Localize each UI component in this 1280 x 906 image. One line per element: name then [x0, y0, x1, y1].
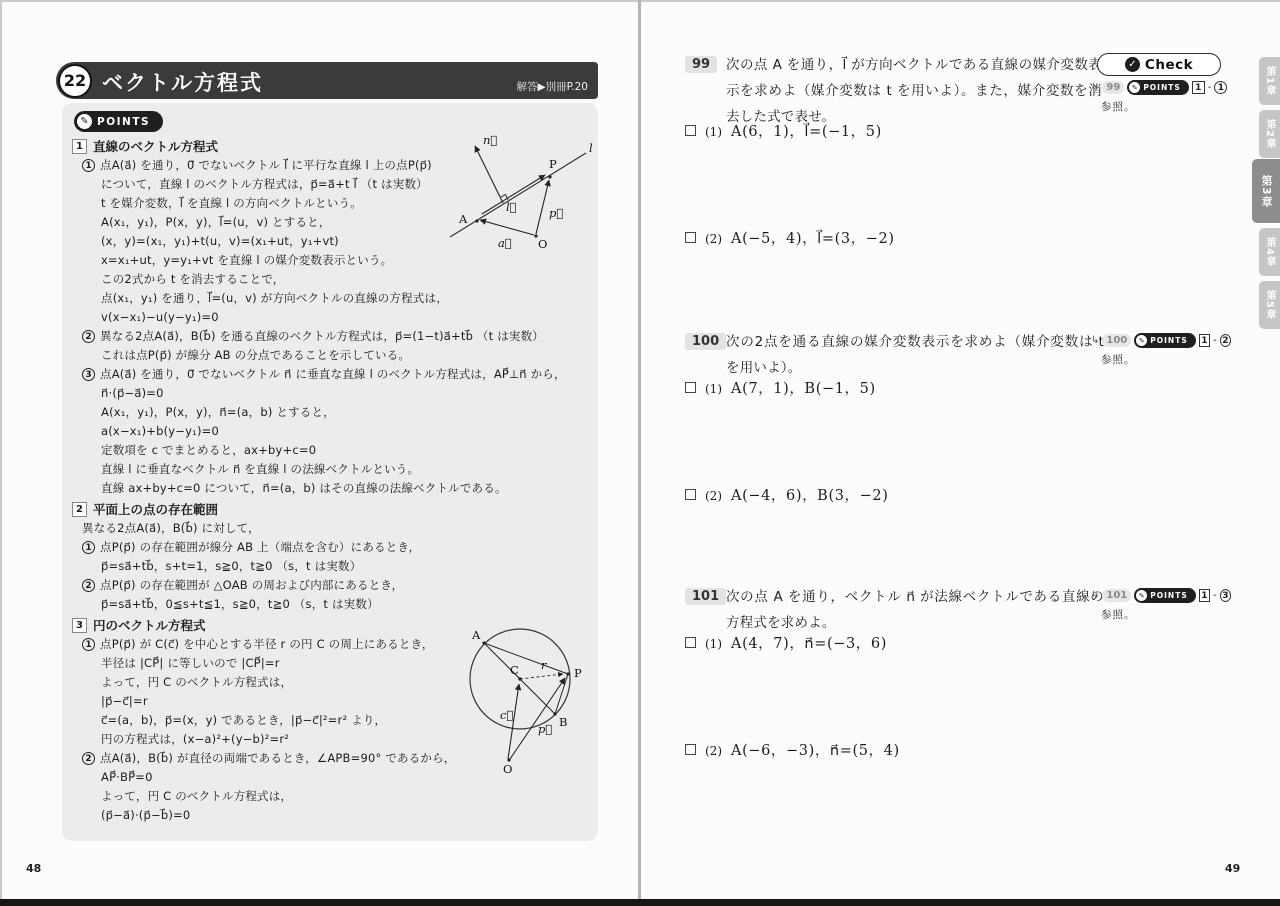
problem-part: (1) A(4，7)，n⃗=(−3，6) — [685, 632, 887, 653]
ref-suffix: 参照。 — [1101, 607, 1231, 622]
section-index-box: 3 — [72, 618, 87, 633]
line-text: この2式から t を消去することで， — [101, 270, 285, 289]
points-line: p⃗=sa⃗+tb⃗，s+t=1，s≧0，t≧0 （s，t は実数） — [62, 557, 598, 576]
section-header-bar: 22 ベクトル方程式 解答▶別冊P.20 — [56, 62, 598, 99]
answer-reference: 解答▶別冊P.20 — [517, 79, 588, 94]
part-label: (2) — [705, 489, 722, 503]
line-text: 円の方程式は，(x−a)²+(y−b)²=r² — [101, 730, 289, 749]
reference-note: ↳ 99 ✎ POINTS 1 - 1 参照。 — [1091, 80, 1231, 114]
points-mini-label: POINTS — [1150, 336, 1187, 345]
line-text: 点P(p⃗) が C(c⃗) を中心とする半径 r の円 C の周上にあるとき， — [100, 635, 434, 654]
line-text: 点(x₁，y₁) を通り，l⃗=(u，v) が方向ベクトルの直線の方程式は， — [101, 289, 448, 308]
ref-item-circle: 1 — [1214, 81, 1227, 94]
line-text: よって，円 C のベクトル方程式は， — [101, 787, 292, 806]
line-text: 点A(a⃗) を通り，0⃗ でないベクトル n⃗ に垂直な直線 l のベクトル方… — [100, 365, 566, 384]
part-label: (1) — [705, 382, 722, 396]
line-text: AP⃗·BP⃗=0 — [101, 768, 153, 787]
line-vector-diagram: n⃗ l P A l⃗ p⃗ a⃗ O — [446, 131, 596, 251]
line-text: A(x₁，y₁)，P(x，y)，l⃗=(u，v) とすると， — [101, 213, 331, 232]
diagram-label-P: P — [574, 666, 582, 680]
points-line: 直線 ax+by+c=0 について，n⃗=(a，b) はその直線の法線ベクトルで… — [62, 479, 598, 498]
ref-problem-number: 101 — [1102, 589, 1131, 602]
page-bottom-edge — [0, 899, 1280, 906]
circled-number: 1 — [82, 159, 95, 172]
line-text: |p⃗−c⃗|=r — [101, 692, 148, 711]
check-button: ✓ Check — [1097, 53, 1221, 76]
points-mini-label: POINTS — [1143, 83, 1180, 92]
chapter-tab-2: 第2章 — [1259, 110, 1280, 158]
part-text: A(−6，−3)，n⃗=(5，4) — [731, 739, 900, 760]
section-index-box: 1 — [72, 139, 87, 154]
points-line: 異なる2点A(a⃗)，B(b⃗) に対して， — [62, 519, 598, 538]
circled-number: 1 — [82, 638, 95, 651]
diagram-label-r: r — [541, 658, 548, 672]
ref-arrow-icon: ↳ — [1091, 590, 1099, 601]
answer-checkbox — [685, 382, 696, 393]
line-text: 直線 l に垂直なベクトル n⃗ を直線 l の法線ベクトルという。 — [101, 460, 419, 479]
ref-problem-number: 100 — [1102, 334, 1131, 347]
ref-item-circle: 2 — [1220, 334, 1231, 347]
reference-note: ↳ 100 ✎ POINTS 1 - 2 参照。 — [1091, 333, 1231, 367]
chapter-tab-1: 第1章 — [1259, 57, 1280, 105]
line-text: について，直線 l のベクトル方程式は，p⃗=a⃗+t l⃗ （t は実数） — [101, 175, 428, 194]
points-lines: 異なる2点A(a⃗)，B(b⃗) に対して，1点P(p⃗) の存在範囲が線分 A… — [62, 519, 598, 614]
points-badge-label: POINTS — [97, 116, 150, 128]
line-text: v(x−x₁)−u(y−y₁)=0 — [101, 308, 219, 327]
line-text: p⃗=sa⃗+tb⃗，0≦s+t≦1，s≧0，t≧0 （s，t は実数） — [101, 595, 379, 614]
diagram-label-O: O — [503, 762, 512, 776]
line-text: 点P(p⃗) の存在範囲が線分 AB 上（端点を含む）にあるとき， — [100, 538, 420, 557]
problem-number-badge: 99 — [685, 56, 717, 73]
ref-arrow-icon: ↳ — [1091, 335, 1099, 346]
diagram-label-l: l — [589, 141, 593, 155]
left-page-content: 22 ベクトル方程式 解答▶別冊P.20 ✎ POINTS 1 直線のベクトル方… — [2, 2, 638, 899]
problem-part: (2) A(−4，6)，B(3，−2) — [685, 484, 888, 505]
part-text: A(4，7)，n⃗=(−3，6) — [731, 632, 887, 653]
diagram-label-n: n⃗ — [483, 133, 497, 147]
line-text: 直線 ax+by+c=0 について，n⃗=(a，b) はその直線の法線ベクトルで… — [101, 479, 507, 498]
ref-problem-number: 99 — [1102, 81, 1124, 94]
line-text: A(x₁，y₁)，P(x，y)，n⃗=(a，b) とすると， — [101, 403, 335, 422]
line-text: a(x−x₁)+b(y−y₁)=0 — [101, 422, 219, 441]
line-text: 半径は |CP⃗| に等しいので |CP⃗|=r — [101, 654, 280, 673]
ref-arrow-icon: ↳ — [1091, 82, 1099, 93]
chapter-tab-3: 第3章 — [1252, 159, 1280, 223]
points-line: p⃗=sa⃗+tb⃗，0≦s+t≦1，s≧0，t≧0 （s，t は実数） — [62, 595, 598, 614]
problem-statement: 次の点 A を通り，l⃗ が方向ベクトルである直線の媒介変数表示を求めよ（媒介変… — [726, 52, 1102, 130]
points-line: x=x₁+ut，y=y₁+vt を直線 l の媒介変数表示という。 — [62, 251, 598, 270]
part-label: (2) — [705, 232, 722, 246]
part-label: (2) — [705, 744, 722, 758]
pencil-icon: ✎ — [1129, 82, 1140, 93]
line-text: c⃗=(a，b)，p⃗=(x，y) であるとき，|p⃗−c⃗|²=r² より， — [101, 711, 386, 730]
points-line: これは点P(p⃗) が線分 AB の分点であることを示している。 — [62, 346, 598, 365]
section-title-text: 直線のベクトル方程式 — [93, 138, 218, 155]
check-icon: ✓ — [1125, 57, 1140, 72]
problem-number-badge: 100 — [685, 333, 726, 350]
answer-checkbox — [685, 232, 696, 243]
points-mini-badge: ✎ POINTS — [1134, 333, 1195, 348]
line-text: (p⃗−a⃗)·(p⃗−b⃗)=0 — [101, 806, 190, 825]
reference-row: ↳ 101 ✎ POINTS 1 - 3 — [1091, 588, 1231, 603]
line-text: t を媒介変数，l⃗ を直線 l の方向ベクトルという。 — [101, 194, 362, 213]
circled-number: 1 — [82, 541, 95, 554]
line-text: x=x₁+ut，y=y₁+vt を直線 l の媒介変数表示という。 — [101, 251, 392, 270]
problem-part: (2) A(−5，4)，l⃗=(3，−2) — [685, 227, 895, 248]
diagram-label-p: p⃗ — [549, 206, 563, 220]
ref-dash: - — [1208, 82, 1212, 93]
ref-section-box: 1 — [1192, 81, 1205, 94]
points-section-title: 2 平面上の点の存在範囲 — [72, 501, 598, 518]
points-line: この2式から t を消去することで， — [62, 270, 598, 289]
problem-part: (1) A(7，1)，B(−1，5) — [685, 377, 876, 398]
ref-section-box: 1 — [1199, 589, 1210, 602]
line-text: これは点P(p⃗) が線分 AB の分点であることを示している。 — [101, 346, 410, 365]
answer-checkbox — [685, 489, 696, 500]
section-number-badge: 22 — [58, 64, 92, 98]
points-line: 直線 l に垂直なベクトル n⃗ を直線 l の法線ベクトルという。 — [62, 460, 598, 479]
ref-suffix: 参照。 — [1101, 99, 1231, 114]
points-line: 定数項を c でまとめると，ax+by+c=0 — [62, 441, 598, 460]
points-line: よって，円 C のベクトル方程式は， — [62, 787, 598, 806]
ref-dash: - — [1213, 590, 1217, 601]
circle-vector-diagram: A C r P B c⃗ p⃗ O — [448, 613, 598, 781]
line-text: (x，y)=(x₁，y₁)+t(u，v)=(x₁+ut，y₁+vt) — [101, 232, 339, 251]
ref-section-box: 1 — [1199, 334, 1210, 347]
check-button-label: Check — [1145, 57, 1193, 73]
diagram-label-P: P — [549, 157, 557, 171]
line-text: 点P(p⃗) の存在範囲が △OAB の周および内部にあるとき， — [100, 576, 403, 595]
line-text: よって，円 C のベクトル方程式は， — [101, 673, 292, 692]
answer-checkbox — [685, 637, 696, 648]
diagram-label-a: a⃗ — [498, 236, 512, 250]
page-number-right: 49 — [1225, 862, 1240, 875]
points-badge: ✎ POINTS — [74, 111, 163, 132]
points-box: ✎ POINTS 1 直線のベクトル方程式 1点A(a⃗) を通り，0⃗ でない… — [62, 103, 598, 841]
line-text: 異なる2点A(a⃗)，B(b⃗) を通る直線のベクトル方程式は，p⃗=(1−t)… — [100, 327, 544, 346]
part-label: (1) — [705, 125, 722, 139]
points-line: v(x−x₁)−u(y−y₁)=0 — [62, 308, 598, 327]
diagram-label-A: A — [471, 628, 481, 642]
section-number: 22 — [64, 71, 86, 90]
problem-statement: 次の2点を通る直線の媒介変数表示を求めよ（媒介変数は t を用いよ）。 — [726, 329, 1104, 381]
ref-item-circle: 3 — [1220, 589, 1231, 602]
part-text: A(−4，6)，B(3，−2) — [731, 484, 888, 505]
diagram-label-A: A — [458, 212, 468, 226]
section-title-text: 円のベクトル方程式 — [93, 617, 206, 634]
points-line: n⃗·(p⃗−a⃗)=0 — [62, 384, 598, 403]
line-text: 点A(a⃗) を通り，0⃗ でないベクトル l⃗ に平行な直線 l 上の点P(p… — [100, 156, 432, 175]
section-index-box: 2 — [72, 502, 87, 517]
section-title: ベクトル方程式 — [102, 67, 263, 97]
problem-statement: 次の点 A を通り，ベクトル n⃗ が法線ベクトルである直線の方程式を求めよ。 — [726, 584, 1104, 636]
reference-note: ↳ 101 ✎ POINTS 1 - 3 参照。 — [1091, 588, 1231, 622]
points-mini-label: POINTS — [1150, 591, 1187, 600]
part-text: A(−5，4)，l⃗=(3，−2) — [731, 227, 895, 248]
line-text: 点A(a⃗)，B(b⃗) が直径の両端であるとき，∠APB=90° であるから， — [100, 749, 456, 768]
circled-number: 2 — [82, 752, 95, 765]
line-text: 定数項を c でまとめると，ax+by+c=0 — [101, 441, 316, 460]
diagram-label-l-vec: l⃗ — [506, 200, 517, 214]
right-page-content: 99 次の点 A を通り，l⃗ が方向ベクトルである直線の媒介変数表示を求めよ（… — [641, 2, 1280, 899]
points-line: 2点P(p⃗) の存在範囲が △OAB の周および内部にあるとき， — [62, 576, 598, 595]
line-text: 異なる2点A(a⃗)，B(b⃗) に対して， — [82, 519, 260, 538]
diagram-label-O: O — [538, 237, 547, 251]
points-mini-badge: ✎ POINTS — [1134, 588, 1195, 603]
answer-checkbox — [685, 125, 696, 136]
reference-row: ↳ 99 ✎ POINTS 1 - 1 — [1091, 80, 1231, 95]
part-label: (1) — [705, 637, 722, 651]
diagram-label-B: B — [559, 715, 567, 729]
line-text: n⃗·(p⃗−a⃗)=0 — [101, 384, 164, 403]
problem-number-badge: 101 — [685, 588, 726, 605]
chapter-tab-5: 第5章 — [1259, 281, 1280, 329]
circled-number: 2 — [82, 579, 95, 592]
section-title-text: 平面上の点の存在範囲 — [93, 501, 218, 518]
problem-part: (1) A(6，1)，l⃗=(−1，5) — [685, 120, 882, 141]
diagram-label-p: p⃗ — [538, 722, 552, 736]
answer-checkbox — [685, 744, 696, 755]
pencil-icon: ✎ — [77, 114, 92, 129]
points-line: a(x−x₁)+b(y−y₁)=0 — [62, 422, 598, 441]
circled-number: 3 — [82, 368, 95, 381]
diagram-label-c: c⃗ — [500, 708, 513, 722]
points-line: 1点P(p⃗) の存在範囲が線分 AB 上（端点を含む）にあるとき， — [62, 538, 598, 557]
chapter-tab-4: 第4章 — [1259, 228, 1280, 276]
pencil-icon: ✎ — [1136, 590, 1147, 601]
part-text: A(6，1)，l⃗=(−1，5) — [731, 120, 882, 141]
points-line: A(x₁，y₁)，P(x，y)，n⃗=(a，b) とすると， — [62, 403, 598, 422]
points-mini-badge: ✎ POINTS — [1127, 80, 1188, 95]
circled-number: 2 — [82, 330, 95, 343]
points-line: 3点A(a⃗) を通り，0⃗ でないベクトル n⃗ に垂直な直線 l のベクトル… — [62, 365, 598, 384]
page-number-left: 48 — [26, 862, 41, 875]
reference-row: ↳ 100 ✎ POINTS 1 - 2 — [1091, 333, 1231, 348]
points-line: (p⃗−a⃗)·(p⃗−b⃗)=0 — [62, 806, 598, 825]
pencil-icon: ✎ — [1136, 335, 1147, 346]
points-section-2: 2 平面上の点の存在範囲 異なる2点A(a⃗)，B(b⃗) に対して，1点P(p… — [62, 501, 598, 614]
points-line: 2異なる2点A(a⃗)，B(b⃗) を通る直線のベクトル方程式は，p⃗=(1−t… — [62, 327, 598, 346]
points-line: 点(x₁，y₁) を通り，l⃗=(u，v) が方向ベクトルの直線の方程式は， — [62, 289, 598, 308]
ref-dash: - — [1213, 335, 1217, 346]
ref-suffix: 参照。 — [1101, 352, 1231, 367]
line-text: p⃗=sa⃗+tb⃗，s+t=1，s≧0，t≧0 （s，t は実数） — [101, 557, 361, 576]
problem-part: (2) A(−6，−3)，n⃗=(5，4) — [685, 739, 900, 760]
diagram-label-C: C — [510, 663, 519, 677]
part-text: A(7，1)，B(−1，5) — [731, 377, 876, 398]
